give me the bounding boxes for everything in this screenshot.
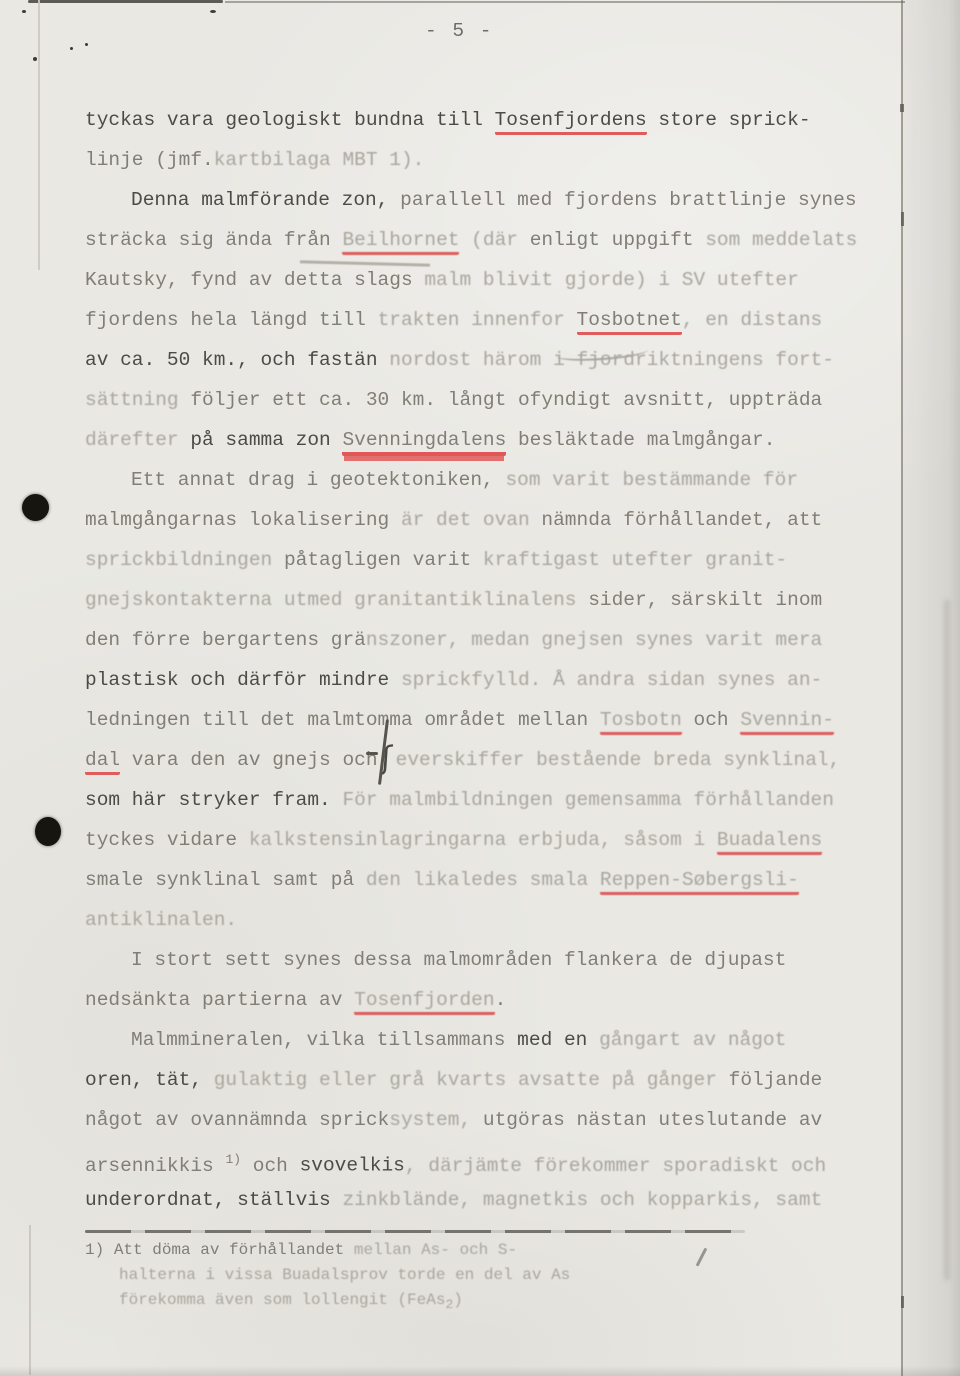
- text-segment: Kautsky, fynd av detta slags: [85, 269, 424, 291]
- text-segment: nedsänkta partierna av: [85, 989, 354, 1011]
- text-segment: och: [682, 709, 741, 731]
- text-segment: följande: [729, 1069, 823, 1091]
- edge-tick: [901, 212, 904, 226]
- text-segment: och: [241, 1155, 300, 1177]
- text-segment: därefter: [85, 429, 190, 451]
- text-segment: sträcka sig ända från: [85, 229, 342, 251]
- text-line: nedsänkta partierna av Tosenfjorden.: [85, 980, 885, 1020]
- text-segment: Denna malmförande zon,: [131, 189, 400, 211]
- text-segment: påtagligen varit: [284, 549, 483, 571]
- text-segment: besläktade malmgångar.: [506, 429, 775, 451]
- text-line: malmgångarnas lokalisering är det ovan n…: [85, 500, 885, 540]
- text-line: antiklinalen.: [85, 900, 885, 940]
- body-text: tyckas vara geologiskt bundna till Tosen…: [85, 100, 885, 1220]
- footnote: 1) Att döma av förhållandet mellan As- o…: [85, 1238, 785, 1313]
- fold-line: [29, 1225, 31, 1375]
- text-line: linje (jmf.kartbilaga MBT 1).: [85, 140, 885, 180]
- text-line: oren, tät, gulaktig eller grå kvarts avs…: [85, 1060, 885, 1100]
- text-line: halterna i vissa Buadalsprov torde en de…: [85, 1263, 785, 1288]
- text-segment: med en: [517, 1029, 599, 1051]
- text-segment: tyckas vara geologiskt bundna till: [85, 109, 495, 131]
- text-segment: nszoner, medan gnejsen synes varit mera: [366, 629, 822, 651]
- punch-hole-bottom: [35, 817, 61, 846]
- text-line: tyckas vara geologiskt bundna till Tosen…: [85, 100, 885, 140]
- text-segment: (där: [459, 229, 529, 251]
- text-segment: något av ovannämnda sprick: [85, 1109, 389, 1131]
- text-segment: sprickfylld. Å andra sidan synes an-: [401, 669, 822, 691]
- text-segment: vara den av gnejs och: [120, 749, 377, 771]
- text-segment: malmgångarnas lokalisering: [85, 509, 401, 531]
- text-segment: I stort sett synes dessa malmområden fla…: [131, 949, 786, 971]
- fold-line: [38, 0, 40, 270]
- scan-speck: [210, 10, 216, 13]
- text-line: av ca. 50 km., och fastän nordost härom …: [85, 340, 885, 380]
- text-line: något av ovannämnda spricksystem, utgöra…: [85, 1100, 885, 1140]
- text-segment: ledningen till det malmtomma området mel…: [85, 709, 600, 731]
- text-segment: antiklinalen.: [85, 909, 237, 931]
- text-segment: , därjämte förekommer sporadiskt och: [405, 1155, 826, 1177]
- underlined-place-name: Svenningdalens: [342, 429, 506, 456]
- text-segment: Ett annat drag i geotektoniken,: [131, 469, 505, 491]
- text-line: Ett annat drag i geotektoniken, som vari…: [85, 460, 885, 500]
- text-line: gnejskontakterna utmed granitantiklinale…: [85, 580, 885, 620]
- text-segment: mellan As- och S-: [354, 1241, 517, 1259]
- text-segment: nämnda förhållandet, att: [541, 509, 822, 531]
- underlined-place-name: dal: [85, 749, 120, 775]
- text-line: sättning följer ett ca. 30 km. långt ofy…: [85, 380, 885, 420]
- text-line: sprickbildningen påtagligen varit krafti…: [85, 540, 885, 580]
- text-segment: som här stryker fram.: [85, 789, 342, 811]
- text-segment: trakten innenfor: [378, 309, 577, 331]
- scan-speck: [85, 43, 88, 46]
- text-segment: Malmmineralen, vilka tillsammans: [131, 1029, 517, 1051]
- text-segment: kraftigast utefter granit-: [483, 549, 787, 571]
- text-segment: parallell med fjordens brattlinje synes: [400, 189, 856, 211]
- top-scratch-mark: [225, 1, 905, 3]
- text-line: Kautsky, fynd av detta slags malm blivit…: [85, 260, 885, 300]
- text-segment: smale synklinal samt på: [85, 869, 366, 891]
- text-segment: gångart av något: [599, 1029, 786, 1051]
- text-segment: som varit bestämmande för: [505, 469, 798, 491]
- text-line: som här stryker fram. För malmbildningen…: [85, 780, 885, 820]
- text-line: dal vara den av gnejs ochʃeverskiffer be…: [85, 740, 885, 780]
- text-segment: fjordens hela längd till: [85, 309, 378, 331]
- underlined-place-name: Tosbotnet: [577, 309, 682, 335]
- text-segment: linje (jmf.: [85, 149, 214, 171]
- underlined-place-name: Beilhornet: [342, 229, 459, 255]
- underlined-place-name: Buadalens: [717, 829, 822, 855]
- text-segment: sprickbildningen: [85, 549, 284, 571]
- text-line: den förre bergartens gränszoner, medan g…: [85, 620, 885, 660]
- text-segment: zinkblände, magnetkis och kopparkis, sam…: [342, 1189, 822, 1211]
- text-segment: utgöras nästan uteslutande av: [483, 1109, 822, 1131]
- text-segment: gnejskontakterna utmed granitantiklinale…: [85, 589, 588, 611]
- text-segment: plastisk och därför mindre: [85, 669, 401, 691]
- text-segment: oren, tät,: [85, 1069, 214, 1091]
- text-segment: 1): [85, 1241, 114, 1259]
- text-segment: , en distans: [682, 309, 822, 331]
- scan-speck: [70, 47, 73, 50]
- text-segment: För malmbildningen gemensamma förhålland…: [342, 789, 833, 811]
- text-segment: svovelkis: [300, 1155, 405, 1177]
- text-line: sträcka sig ända från Beilhornet (där en…: [85, 220, 885, 260]
- footnote-separator: [85, 1230, 745, 1233]
- text-segment: ): [453, 1291, 463, 1309]
- text-segment: förekomma även som lollengit (FeAs: [119, 1291, 445, 1309]
- page-number: - 5 -: [425, 20, 494, 42]
- text-line: I stort sett synes dessa malmområden fla…: [85, 940, 885, 980]
- text-segment: underordnat, ställvis: [85, 1189, 342, 1211]
- text-segment: den likaledes smala: [366, 869, 600, 891]
- text-segment: såsom i: [623, 829, 717, 851]
- text-segment: store sprick-: [647, 109, 811, 131]
- text-segment: everskiffer bestående breda synklinal,: [396, 749, 841, 771]
- scan-speck: [22, 10, 26, 13]
- handwritten-pen-dash: [366, 752, 378, 755]
- edge-tick: [901, 1296, 904, 1308]
- page-edge-line: [901, 0, 960, 1376]
- text-line: 1) Att döma av förhållandet mellan As- o…: [85, 1238, 785, 1263]
- text-segment: 1): [225, 1152, 241, 1167]
- text-segment: malm blivit gjorde) i SV utefter: [424, 269, 798, 291]
- text-line: underordnat, ställvis zinkblände, magnet…: [85, 1180, 885, 1220]
- text-line: arsennikkis 1) och svovelkis, därjämte f…: [85, 1140, 885, 1180]
- text-segment: sider, särskilt inom: [588, 589, 822, 611]
- page-bottom-shadow: [0, 1366, 960, 1376]
- text-segment: tyckes vidare: [85, 829, 249, 851]
- text-segment: den förre bergartens grä: [85, 629, 366, 651]
- underlined-place-name: Svennin-: [740, 709, 834, 735]
- text-line: smale synklinal samt på den likaledes sm…: [85, 860, 885, 900]
- text-line: förekomma även som lollengit (FeAs2): [85, 1288, 785, 1313]
- text-segment: sättning: [85, 389, 190, 411]
- text-segment: följer ett ca. 30 km. långt ofyndigt avs…: [190, 389, 822, 411]
- scan-speck: [33, 57, 37, 61]
- text-line: ledningen till det malmtomma området mel…: [85, 700, 885, 740]
- underlined-place-name: Reppen-Søbergsli-: [600, 869, 799, 895]
- text-line: därefter på samma zon Svenningdalens bes…: [85, 420, 885, 460]
- text-segment: arsennikkis: [85, 1155, 225, 1177]
- text-segment: Att döma av förhållandet: [114, 1241, 354, 1259]
- text-segment: som meddelats: [705, 229, 857, 251]
- top-scratch-mark: [28, 0, 223, 3]
- underlined-place-name: Tosbotn: [600, 709, 682, 735]
- text-segment: system,: [389, 1109, 483, 1131]
- text-segment: på samma zon: [190, 429, 342, 451]
- text-segment: är det ovan: [401, 509, 541, 531]
- text-line: plastisk och därför mindre sprickfylld. …: [85, 660, 885, 700]
- text-line: tyckes vidare kalkstensinlagringarna erb…: [85, 820, 885, 860]
- text-segment: av ca. 50 km., och fastän: [85, 349, 389, 371]
- text-segment: gulaktig eller grå kvarts avsatte på gån…: [214, 1069, 729, 1091]
- text-segment: torde en del av As: [397, 1266, 570, 1284]
- edge-tick: [900, 104, 904, 112]
- text-segment: enligt uppgift: [530, 229, 706, 251]
- document-page: - 5 - tyckas vara geologiskt bundna till…: [0, 0, 960, 1376]
- text-segment: halterna i vissa Buadalsprov: [119, 1266, 397, 1284]
- underlined-place-name: Tosenfjorden: [354, 989, 494, 1015]
- text-line: fjordens hela längd till trakten innenfo…: [85, 300, 885, 340]
- text-segment: kartbilaga MBT 1).: [214, 149, 425, 171]
- underlined-place-name: Tosenfjordens: [495, 109, 647, 135]
- text-segment: kalkstensinlagringarna erbjuda,: [249, 829, 623, 851]
- text-line: Malmmineralen, vilka tillsammans med en …: [85, 1020, 885, 1060]
- text-line: Denna malmförande zon, parallell med fjo…: [85, 180, 885, 220]
- text-segment: .: [495, 989, 507, 1011]
- punch-hole-top: [22, 494, 49, 521]
- page-edge-shadow: [944, 600, 950, 1280]
